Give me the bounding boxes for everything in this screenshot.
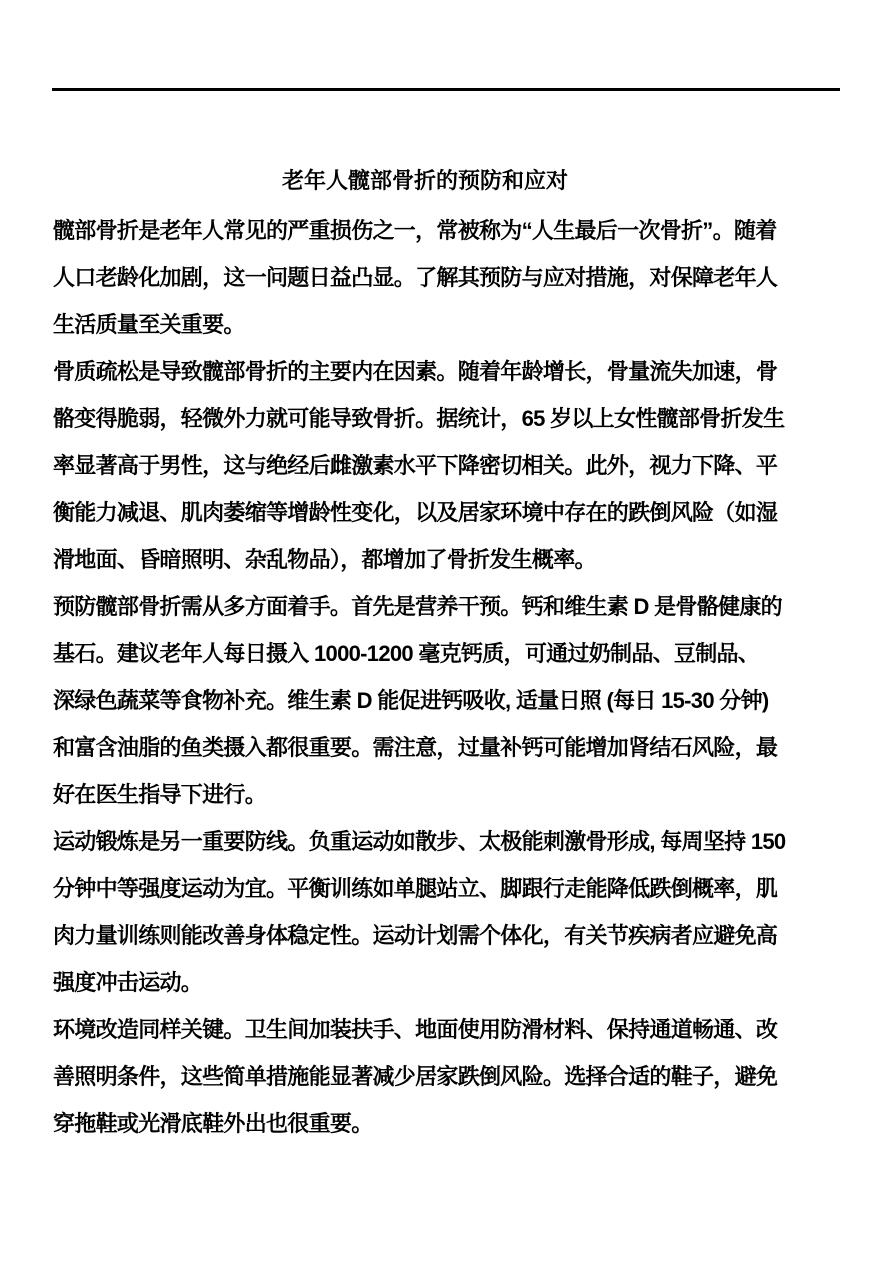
text-line: 强度冲击运动。 [53, 959, 797, 1006]
paragraph-environment: 环境改造同样关键。卫生间加装扶手、地面使用防滑材料、保持通道畅通、改 善照明条件… [53, 1006, 797, 1147]
text-line: 率显著高于男性，这与绝经后雌激素水平下降密切相关。此外，视力下降、平 [53, 442, 797, 489]
text-line: 骨质疏松是导致髋部骨折的主要内在因素。随着年龄增长，骨量流失加速，骨 [53, 348, 797, 395]
text-line: 肉力量训练则能改善身体稳定性。运动计划需个体化，有关节疾病者应避免高 [53, 912, 797, 959]
document-page: 老年人髋部骨折的预防和应对 髋部骨折是老年人常见的严重损伤之一，常被称为“人生最… [0, 0, 893, 1262]
text-line: 预防髋部骨折需从多方面着手。首先是营养干预。钙和维生素 D 是骨骼健康的 [53, 583, 797, 630]
text-line: 运动锻炼是另一重要防线。负重运动如散步、太极能刺激骨形成, 每周坚持 150 [53, 818, 797, 865]
paragraph-exercise: 运动锻炼是另一重要防线。负重运动如散步、太极能刺激骨形成, 每周坚持 150 分… [53, 818, 797, 1006]
text-line: 人口老龄化加剧，这一问题日益凸显。了解其预防与应对措施，对保障老年人 [53, 254, 797, 301]
text-line: 好在医生指导下进行。 [53, 771, 797, 818]
text-line: 生活质量至关重要。 [53, 301, 797, 348]
text-line: 滑地面、昏暗照明、杂乱物品），都增加了骨折发生概率。 [53, 536, 797, 583]
text-line: 深绿色蔬菜等食物补充。维生素 D 能促进钙吸收, 适量日照 (每日 15-30 … [53, 677, 797, 724]
text-line: 衡能力减退、肌肉萎缩等增龄性变化，以及居家环境中存在的跌倒风险（如湿 [53, 489, 797, 536]
text-line: 穿拖鞋或光滑底鞋外出也很重要。 [53, 1100, 797, 1147]
document-title: 老年人髋部骨折的预防和应对 [53, 157, 797, 204]
text-line: 善照明条件，这些简单措施能显著减少居家跌倒风险。选择合适的鞋子，避免 [53, 1053, 797, 1100]
text-line: 分钟中等强度运动为宜。平衡训练如单腿站立、脚跟行走能降低跌倒概率，肌 [53, 865, 797, 912]
text-line: 和富含油脂的鱼类摄入都很重要。需注意，过量补钙可能增加肾结石风险，最 [53, 724, 797, 771]
text-line: 环境改造同样关键。卫生间加装扶手、地面使用防滑材料、保持通道畅通、改 [53, 1006, 797, 1053]
paragraph-intro: 髋部骨折是老年人常见的严重损伤之一，常被称为“人生最后一次骨折”。随着 人口老龄… [53, 207, 797, 348]
paragraph-osteoporosis: 骨质疏松是导致髋部骨折的主要内在因素。随着年龄增长，骨量流失加速，骨 骼变得脆弱… [53, 348, 797, 583]
paragraph-nutrition: 预防髋部骨折需从多方面着手。首先是营养干预。钙和维生素 D 是骨骼健康的 基石。… [53, 583, 797, 818]
text-line: 髋部骨折是老年人常见的严重损伤之一，常被称为“人生最后一次骨折”。随着 [53, 207, 797, 254]
text-line: 骼变得脆弱，轻微外力就可能导致骨折。据统计，65 岁以上女性髋部骨折发生 [53, 395, 797, 442]
document-body: 老年人髋部骨折的预防和应对 髋部骨折是老年人常见的严重损伤之一，常被称为“人生最… [53, 157, 797, 1147]
header-rule-line [52, 88, 840, 91]
text-line: 基石。建议老年人每日摄入 1000-1200 毫克钙质，可通过奶制品、豆制品、 [53, 630, 797, 677]
